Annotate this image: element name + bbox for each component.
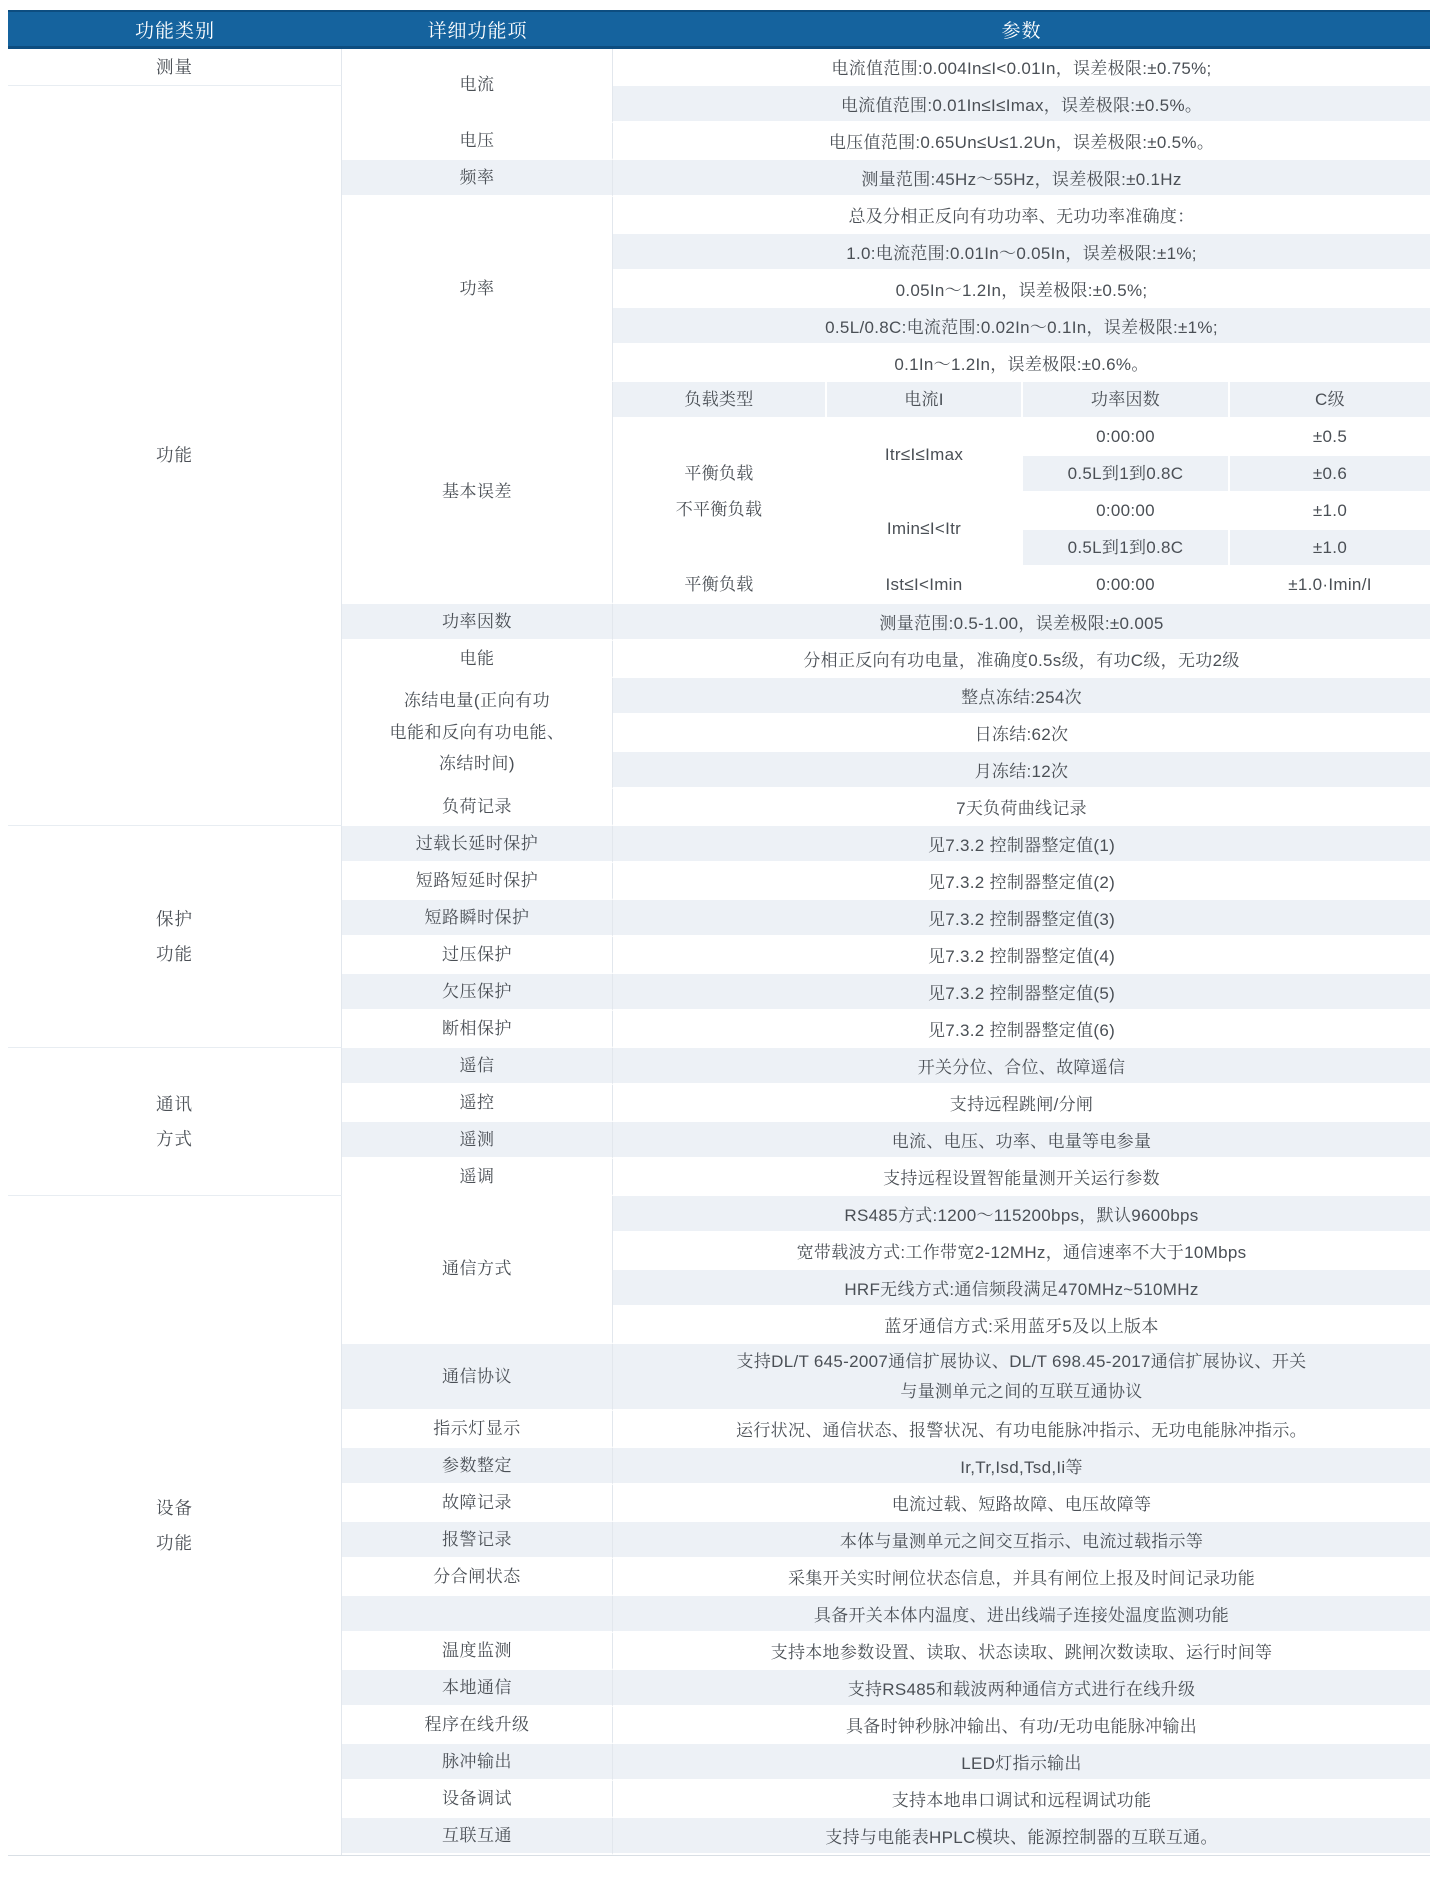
param-row: 测量范围:45Hz～55Hz，误差极限:±0.1Hz <box>613 160 1430 197</box>
category-cell-function: 功能 <box>8 86 342 826</box>
item-label: 故障记录 <box>342 1485 613 1522</box>
group-protect-overvolt: 过压保护 见7.3.2 控制器整定值(4) <box>342 937 1430 974</box>
group-current: 电流 电流值范围:0.004In≤I<0.01In，误差极限:±0.75%; 电… <box>342 49 1430 123</box>
group-online-upgrade: 程序在线升级 具备时钟秒脉冲输出、有功/无功电能脉冲输出 <box>342 1707 1430 1744</box>
item-label: 遥调 <box>342 1159 613 1196</box>
param-row: 电流值范围:0.01In≤I≤Imax，误差极限:±0.5%。 <box>613 86 1430 123</box>
subtable-cell-class: ±0.5 <box>1230 419 1430 454</box>
group-voltage: 电压 电压值范围:0.65Un≤U≤1.2Un，误差极限:±0.5%。 <box>342 123 1430 160</box>
group-energy: 电能 分相正反向有功电量，准确度0.5s级，有功C级，无功2级 <box>342 641 1430 678</box>
param-row: 整点冻结:254次 <box>613 678 1430 715</box>
param-row: 0.5L/0.8C:电流范围:0.02In～0.1In，误差极限:±1%; <box>613 308 1430 345</box>
param-row: 见7.3.2 控制器整定值(2) <box>613 863 1430 900</box>
param-row: 支持DL/T 645-2007通信扩展协议、DL/T 698.45-2017通信… <box>613 1344 1430 1411</box>
param-row: 0.1In～1.2In，误差极限:±0.6%。 <box>613 345 1430 382</box>
item-label: 程序在线升级 <box>342 1707 613 1744</box>
subtable-cell-current-range: Ist≤I<Imin <box>827 567 1021 602</box>
item-label: 本地通信 <box>342 1670 613 1707</box>
param-row: 总及分相正反向有功功率、无功功率准确度： <box>613 197 1430 234</box>
group-comm-protocol: 通信协议 支持DL/T 645-2007通信扩展协议、DL/T 698.45-2… <box>342 1344 1430 1411</box>
param-row: 7天负荷曲线记录 <box>613 789 1430 826</box>
item-label: 遥控 <box>342 1085 613 1122</box>
item-label: 指示灯显示 <box>342 1411 613 1448</box>
group-fault-record: 故障记录 电流过载、短路故障、电压故障等 <box>342 1485 1430 1522</box>
group-temp-monitor-extra: 具备开关本体内温度、进出线端子连接处温度监测功能 <box>342 1596 1430 1633</box>
group-power-factor: 功率因数 测量范围:0.5-1.00，误差极限:±0.005 <box>342 604 1430 641</box>
item-label: 短路瞬时保护 <box>342 900 613 937</box>
group-telecontrol: 遥控 支持远程跳闸/分闸 <box>342 1085 1430 1122</box>
group-alarm-record: 报警记录 本体与量测单元之间交互指示、电流过载指示等 <box>342 1522 1430 1559</box>
param-row: 电压值范围:0.65Un≤U≤1.2Un，误差极限:±0.5%。 <box>613 123 1430 160</box>
item-label: 温度监测 <box>342 1633 613 1670</box>
param-row: 见7.3.2 控制器整定值(1) <box>613 826 1430 863</box>
item-param-column: 电流 电流值范围:0.004In≤I<0.01In，误差极限:±0.75%; 电… <box>342 49 1430 1855</box>
group-local-comm: 本地通信 支持RS485和载波两种通信方式进行在线升级 <box>342 1670 1430 1707</box>
subtable-cell-pf: 0:00:00 <box>1023 419 1228 454</box>
header-cell-param: 参数 <box>613 12 1430 46</box>
group-load-record: 负荷记录 7天负荷曲线记录 <box>342 789 1430 826</box>
category-cell-measure: 测量 <box>8 49 342 86</box>
group-telesignal: 遥信 开关分位、合位、故障遥信 <box>342 1048 1430 1085</box>
group-basic-error: 基本误差 负载类型 电流I 功率因数 C级 平衡负载 不平衡负载 Itr≤I≤I… <box>342 382 1430 604</box>
item-label: 通信方式 <box>342 1196 613 1344</box>
param-row: 运行状况、通信状态、报警状况、有功电能脉冲指示、无功电能脉冲指示。 <box>613 1411 1430 1448</box>
subtable-cell-load-type-last: 平衡负载 <box>613 567 825 602</box>
param-row: 支持RS485和载波两种通信方式进行在线升级 <box>613 1670 1430 1707</box>
group-protect-phase-loss: 断相保护 见7.3.2 控制器整定值(6) <box>342 1011 1430 1048</box>
header-cell-category: 功能类别 <box>8 12 342 46</box>
group-param-setting: 参数整定 Ir,Tr,Isd,Tsd,Ii等 <box>342 1448 1430 1485</box>
param-row: 具备时钟秒脉冲输出、有功/无功电能脉冲输出 <box>613 1707 1430 1744</box>
param-row: 支持本地串口调试和远程调试功能 <box>613 1781 1430 1818</box>
item-label: 基本误差 <box>342 382 613 604</box>
param-row: 蓝牙通信方式:采用蓝牙5及以上版本 <box>613 1307 1430 1344</box>
item-label: 互联互通 <box>342 1818 613 1855</box>
param-row: 开关分位、合位、故障遥信 <box>613 1048 1430 1085</box>
group-comm-mode: 通信方式 RS485方式:1200～115200bps，默认9600bps 宽带… <box>342 1196 1430 1344</box>
param-row: 支持远程跳闸/分闸 <box>613 1085 1430 1122</box>
item-label: 冻结电量(正向有功 电能和反向有功电能、 冻结时间) <box>342 678 613 789</box>
item-label: 短路短延时保护 <box>342 863 613 900</box>
group-power: 功率 总及分相正反向有功功率、无功功率准确度： 1.0:电流范围:0.01In～… <box>342 197 1430 382</box>
param-row: 宽带载波方式:工作带宽2-12MHz，通信速率不大于10Mbps <box>613 1233 1430 1270</box>
param-row: 见7.3.2 控制器整定值(5) <box>613 974 1430 1011</box>
group-frozen-energy: 冻结电量(正向有功 电能和反向有功电能、 冻结时间) 整点冻结:254次 日冻结… <box>342 678 1430 789</box>
param-row: 分相正反向有功电量，准确度0.5s级，有功C级，无功2级 <box>613 641 1430 678</box>
category-cell-device: 设备 功能 <box>8 1196 342 1855</box>
param-row: 电流值范围:0.004In≤I<0.01In，误差极限:±0.75%; <box>613 49 1430 86</box>
param-row: 支持与电能表HPLC模块、能源控制器的互联互通。 <box>613 1818 1430 1855</box>
item-label: 电能 <box>342 641 613 678</box>
category-cell-comm: 通讯 方式 <box>8 1048 342 1196</box>
subtable-cell-current-range: Itr≤I≤Imax <box>827 419 1021 491</box>
group-indicator: 指示灯显示 运行状况、通信状态、报警状况、有功电能脉冲指示、无功电能脉冲指示。 <box>342 1411 1430 1448</box>
item-label: 分合闸状态 <box>342 1559 613 1596</box>
category-column: 测量 功能 保护 功能 通讯 方式 设备 功能 <box>8 49 342 1855</box>
item-label: 功率因数 <box>342 604 613 641</box>
basic-error-subtable: 负载类型 电流I 功率因数 C级 平衡负载 不平衡负载 Itr≤I≤Imax 0… <box>613 382 1430 602</box>
group-teleadjust: 遥调 支持远程设置智能量测开关运行参数 <box>342 1159 1430 1196</box>
group-protect-short-delay: 短路短延时保护 见7.3.2 控制器整定值(2) <box>342 863 1430 900</box>
param-row: 0.05In～1.2In，误差极限:±0.5%; <box>613 271 1430 308</box>
subtable-cell-load-type-main: 平衡负载 不平衡负载 <box>613 419 825 565</box>
param-row: 测量范围:0.5-1.00，误差极限:±0.005 <box>613 604 1430 641</box>
item-label: 频率 <box>342 160 613 197</box>
param-row: 电流过载、短路故障、电压故障等 <box>613 1485 1430 1522</box>
param-row: LED灯指示输出 <box>613 1744 1430 1781</box>
param-row: 具备开关本体内温度、进出线端子连接处温度监测功能 <box>613 1596 1430 1633</box>
item-label: 通信协议 <box>342 1344 613 1411</box>
param-row: RS485方式:1200～115200bps，默认9600bps <box>613 1196 1430 1233</box>
subtable-cell-class: ±1.0·Imin/I <box>1230 567 1430 602</box>
subtable-header-load-type: 负载类型 <box>613 382 825 417</box>
item-label: 负荷记录 <box>342 789 613 826</box>
subtable-cell-pf: 0.5L到1到0.8C <box>1023 456 1228 491</box>
item-label <box>342 1596 613 1633</box>
subtable-cell-pf: 0:00:00 <box>1023 493 1228 528</box>
item-label: 遥测 <box>342 1122 613 1159</box>
item-label: 欠压保护 <box>342 974 613 1011</box>
item-label: 参数整定 <box>342 1448 613 1485</box>
subtable-header-current: 电流I <box>827 382 1021 417</box>
table-header-row: 功能类别 详细功能项 参数 <box>8 10 1430 49</box>
item-label: 电压 <box>342 123 613 160</box>
param-row: 见7.3.2 控制器整定值(4) <box>613 937 1430 974</box>
subtable-header-power-factor: 功率因数 <box>1023 382 1228 417</box>
param-row: Ir,Tr,Isd,Tsd,Ii等 <box>613 1448 1430 1485</box>
param-row: 见7.3.2 控制器整定值(6) <box>613 1011 1430 1048</box>
group-temp-monitor: 温度监测 支持本地参数设置、读取、状态读取、跳闸次数读取、运行时间等 <box>342 1633 1430 1670</box>
param-row: HRF无线方式:通信频段满足470MHz~510MHz <box>613 1270 1430 1307</box>
item-label: 功率 <box>342 197 613 382</box>
group-device-debug: 设备调试 支持本地串口调试和远程调试功能 <box>342 1781 1430 1818</box>
param-row: 日冻结:62次 <box>613 715 1430 752</box>
subtable-cell-current-range: Imin≤I<Itr <box>827 493 1021 565</box>
item-label: 过载长延时保护 <box>342 826 613 863</box>
param-row: 采集开关实时闸位状态信息，并具有闸位上报及时间记录功能 <box>613 1559 1430 1596</box>
subtable-cell-class: ±0.6 <box>1230 456 1430 491</box>
subtable-cell-pf: 0.5L到1到0.8C <box>1023 530 1228 565</box>
item-label: 设备调试 <box>342 1781 613 1818</box>
group-protect-overload: 过载长延时保护 见7.3.2 控制器整定值(1) <box>342 826 1430 863</box>
table-body: 测量 功能 保护 功能 通讯 方式 设备 功能 电流 电流值范围:0.004In… <box>8 49 1430 1855</box>
item-label: 电流 <box>342 49 613 123</box>
group-protect-instant: 短路瞬时保护 见7.3.2 控制器整定值(3) <box>342 900 1430 937</box>
item-label: 过压保护 <box>342 937 613 974</box>
param-row: 1.0:电流范围:0.01In～0.05In，误差极限:±1%; <box>613 234 1430 271</box>
subtable-header-class-c: C级 <box>1230 382 1430 417</box>
item-label: 断相保护 <box>342 1011 613 1048</box>
item-label: 报警记录 <box>342 1522 613 1559</box>
param-row: 本体与量测单元之间交互指示、电流过载指示等 <box>613 1522 1430 1559</box>
item-label: 遥信 <box>342 1048 613 1085</box>
param-row: 见7.3.2 控制器整定值(3) <box>613 900 1430 937</box>
subtable-cell-class: ±1.0 <box>1230 530 1430 565</box>
group-protect-undervolt: 欠压保护 见7.3.2 控制器整定值(5) <box>342 974 1430 1011</box>
param-row: 月冻结:12次 <box>613 752 1430 789</box>
group-switch-state: 分合闸状态 采集开关实时闸位状态信息，并具有闸位上报及时间记录功能 <box>342 1559 1430 1596</box>
header-cell-item: 详细功能项 <box>342 12 613 46</box>
param-row: 支持本地参数设置、读取、状态读取、跳闸次数读取、运行时间等 <box>613 1633 1430 1670</box>
param-row: 电流、电压、功率、电量等电参量 <box>613 1122 1430 1159</box>
group-pulse-output: 脉冲输出 LED灯指示输出 <box>342 1744 1430 1781</box>
item-label: 脉冲输出 <box>342 1744 613 1781</box>
spec-table: 功能类别 详细功能项 参数 测量 功能 保护 功能 通讯 方式 设备 功能 电流… <box>8 10 1430 1856</box>
subtable-cell-class: ±1.0 <box>1230 493 1430 528</box>
category-cell-protect: 保护 功能 <box>8 826 342 1048</box>
group-frequency: 频率 测量范围:45Hz～55Hz，误差极限:±0.1Hz <box>342 160 1430 197</box>
param-row: 支持远程设置智能量测开关运行参数 <box>613 1159 1430 1196</box>
subtable-cell-pf: 0:00:00 <box>1023 567 1228 602</box>
group-interconnect: 互联互通 支持与电能表HPLC模块、能源控制器的互联互通。 <box>342 1818 1430 1855</box>
group-telemetry: 遥测 电流、电压、功率、电量等电参量 <box>342 1122 1430 1159</box>
